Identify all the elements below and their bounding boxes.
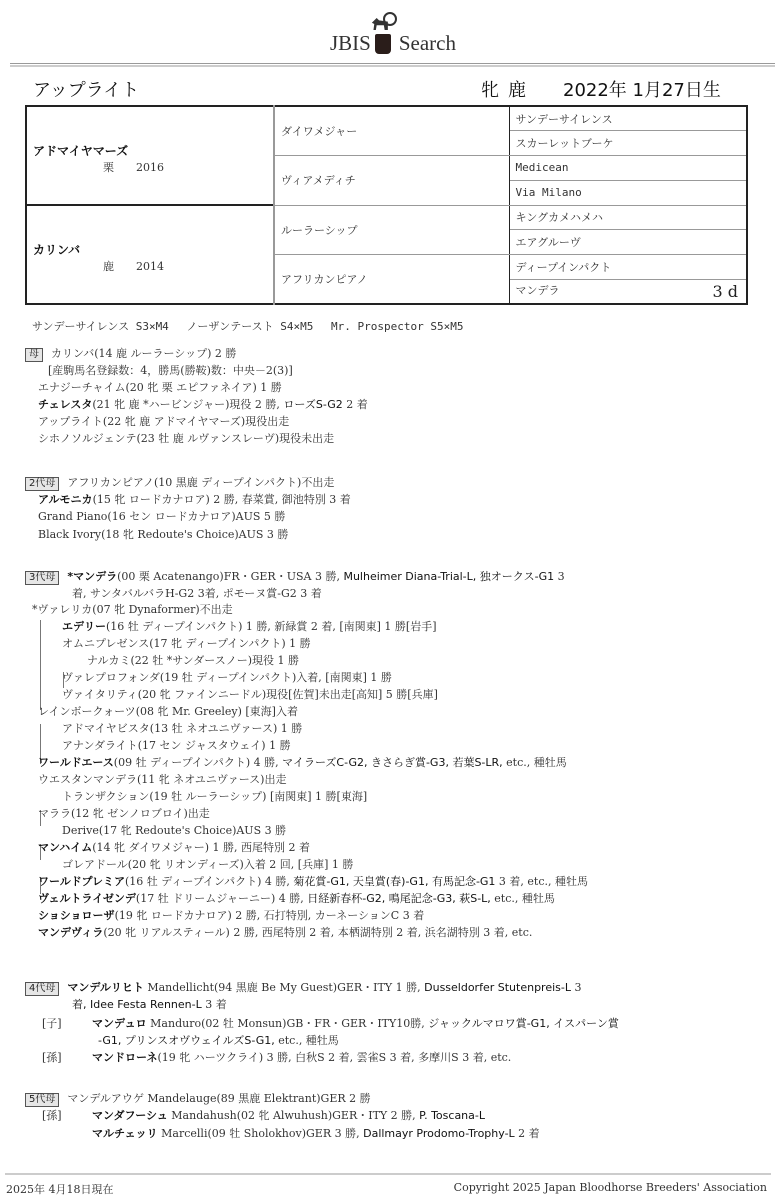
section-tag-gen2: 2代母 [25, 477, 59, 491]
pedigree-table: アドマイヤマーズ 栗2016 ダイワメジャー サンデーサイレンス スカーレットブ… [25, 105, 748, 305]
list-item[interactable]: マンハイム(14 牝 ダイワメジャー) 1 勝, 西尾特別 2 着 [38, 839, 310, 856]
list-item[interactable]: オムニプレゼンス(17 牝 ディープインパクト) 1 勝 [62, 635, 311, 652]
inbreeding-crosses: サンデーサイレンス S3×M4 ノーザンテースト S4×M5 Mr. Prosp… [32, 318, 463, 334]
pedigree-gen3-1[interactable]: サンデーサイレンス [509, 106, 747, 131]
logo-text-search: Search [399, 33, 456, 54]
sire-color: 栗 [103, 161, 114, 174]
tree-connector [40, 620, 41, 710]
list-item[interactable]: ナルカミ(22 牡 *サンダースノー)現役 1 勝 [87, 652, 299, 669]
list-item[interactable]: ショショローザ(19 牝 ロードカナロア) 2 勝, 石打特別, カーネーション… [38, 907, 424, 924]
list-item[interactable]: シホノソルジェンテ(23 牡 鹿 ルヴァンスレーヴ)現役未出走 [38, 430, 334, 447]
horse-coat-color: 鹿 [508, 76, 526, 102]
list-item[interactable]: Grand Piano(16 セン ロードカナロア)AUS 5 勝 [38, 508, 285, 525]
pedigree-gen3-3[interactable]: Medicean [509, 156, 747, 181]
list-item[interactable]: ウエスタンマンデラ(11 牝 ネオユニヴァース)出走 [38, 771, 286, 788]
list-item[interactable]: チェレスタ(21 牝 鹿 *ハービンジャー)現役 2 勝, ローズS-G2 2 … [38, 396, 368, 413]
pedigree-gen3-8[interactable]: マンデラ3 d [509, 279, 747, 304]
list-item[interactable]: [孫]マンドローネ(19 牝 ハーツクライ) 3 勝, 白秋S 2 着, 雲雀S… [42, 1049, 511, 1066]
horse-title-row: アップライト 牝 鹿 2022年 1月27日生 [33, 76, 753, 102]
pedigree-gen3-2[interactable]: スカーレットブーケ [509, 131, 747, 156]
horse-birthdate: 2022年 1月27日生 [563, 76, 721, 102]
list-item[interactable]: [子]マンデュロ Manduro(02 牡 Monsun)GB・FR・GER・I… [42, 1015, 619, 1032]
gen3-header-continued: 着, サンタバルバラH-G2 3着, ポモーヌ賞-G2 3 着 [72, 585, 322, 602]
footer-divider [5, 1173, 771, 1175]
list-item[interactable]: マララ(12 牝 ゼンノロブロイ)出走 [38, 805, 210, 822]
list-item[interactable]: ヴァレプロフォンダ(19 牡 ディープインパクト)入着, [南関東] 1 勝 [62, 669, 392, 686]
horse-name: アップライト [33, 76, 139, 102]
list-item[interactable]: Derive(17 牝 Redoute's Choice)AUS 3 勝 [62, 822, 286, 839]
section-tag-dam: 母 [25, 348, 43, 362]
list-item[interactable]: トランザクション(19 牡 ルーラーシップ) [南関東] 1 勝[東海] [62, 788, 367, 805]
pedigree-sire-sire[interactable]: ダイワメジャー [274, 106, 509, 156]
as-of-date: 2025年 4月18日現在 [6, 1181, 114, 1197]
list-item[interactable]: アナンダライト(17 セン ジャスタウェイ) 1 勝 [62, 737, 291, 754]
gen3-8-name: マンデラ [516, 284, 560, 297]
dam-summary: カリンバ(14 鹿 ルーラーシップ) 2 勝 [51, 347, 236, 360]
gen4-section-header: 4代母マンデルリヒト Mandellicht(94 黒鹿 Be My Guest… [25, 979, 581, 996]
list-item[interactable]: *ヴァレリカ(07 牝 Dynaformer)不出走 [32, 601, 233, 618]
pedigree-gen3-6[interactable]: エアグルーヴ [509, 230, 747, 255]
list-item[interactable]: ワールドエース(09 牡 ディープインパクト) 4 勝, マイラーズC-G2, … [38, 754, 567, 771]
pedigree-sire[interactable]: アドマイヤマーズ 栗2016 [26, 106, 274, 205]
gen5-section-header: 5代母マンデルアウゲ Mandelauge(89 黒鹿 Elektrant)GE… [25, 1090, 371, 1107]
dam-year: 2014 [136, 260, 164, 273]
list-item[interactable]: エデリー(16 牡 ディープインパクト) 1 勝, 新緑賞 2 着, [南関東]… [62, 618, 437, 635]
list-item[interactable]: マンデヴィラ(20 牝 リアルスティール) 2 勝, 西尾特別 2 着, 本栖湖… [38, 924, 532, 941]
gen2-section-header: 2代母アフリカンピアノ(10 黒鹿 ディープインパクト)不出走 [25, 474, 334, 491]
logo-text-jbis: JBIS [330, 33, 371, 54]
section-tag-gen5: 5代母 [25, 1093, 59, 1107]
dam-section-header: 母カリンバ(14 鹿 ルーラーシップ) 2 勝 [25, 345, 236, 362]
copyright: Copyright 2025 Japan Bloodhorse Breeders… [454, 1181, 767, 1194]
sire-year: 2016 [136, 161, 164, 174]
jbis-search-logo[interactable]: JBIS Search [330, 10, 456, 54]
list-item[interactable]: アップライト(22 牝 鹿 アドマイヤマーズ)現役出走 [38, 413, 289, 430]
section-tag-gen3: 3代母 [25, 571, 59, 585]
list-item[interactable]: ヴァイタリティ(20 牝 ファインニードル)現役[佐賀]未出走[高知] 5 勝[… [62, 686, 438, 703]
list-item[interactable]: ヴェルトライゼンデ(17 牡 ドリームジャーニー) 4 勝, 日経新春杯-G2,… [38, 890, 555, 907]
list-item[interactable]: ゴレアドール(20 牝 リオンディーズ)入着 2 回, [兵庫] 1 勝 [62, 856, 353, 873]
list-item[interactable]: Black Ivory(18 牝 Redoute's Choice)AUS 3 … [38, 526, 288, 543]
list-item[interactable]: マルチェッリ Marcelli(09 牡 Sholokhov)GER 3 勝, … [42, 1125, 540, 1142]
dam-name: カリンバ [33, 241, 267, 258]
section-tag-gen4: 4代母 [25, 982, 59, 996]
gen4-header-continued: 着, Idee Festa Rennen-L 3 着 [72, 996, 227, 1013]
sire-name: アドマイヤマーズ [33, 142, 267, 159]
list-item[interactable]: レインボークォーツ(08 牝 Mr. Greeley) [東海]入着 [38, 703, 298, 720]
list-item[interactable]: ワールドプレミア(16 牡 ディープインパクト) 4 勝, 菊花賞-G1, 天皇… [38, 873, 588, 890]
dam-color: 鹿 [103, 260, 114, 273]
header-divider [10, 63, 775, 67]
pedigree-dam-sire[interactable]: ルーラーシップ [274, 205, 509, 255]
pedigree-gen3-4[interactable]: Via Milano [509, 180, 747, 205]
list-item-continued: -G1, プリンスオヴウェイルズS-G1, etc., 種牡馬 [98, 1032, 339, 1049]
pedigree-dam[interactable]: カリンバ 鹿2014 [26, 205, 274, 304]
list-item[interactable]: [孫]マンダフーシュ Mandahush(02 牝 Alwuhush)GER・I… [42, 1107, 485, 1124]
dam-registration-stats: [産駒馬名登録数：4，勝馬(勝鞍)数：中央－2(3)] [48, 362, 293, 379]
list-item[interactable]: アドマイヤビスタ(13 牡 ネオユニヴァース) 1 勝 [62, 720, 302, 737]
horse-sex: 牝 [481, 76, 499, 102]
gen3-section-header: 3代母*マンデラ(00 栗 Acatenango)FR・GER・USA 3 勝,… [25, 568, 565, 585]
family-number: 3 d [712, 282, 738, 301]
pedigree-sire-dam[interactable]: ヴィアメディチ [274, 156, 509, 206]
pedigree-gen3-7[interactable]: ディープインパクト [509, 255, 747, 280]
list-item[interactable]: エナジーチャイム(20 牝 栗 エピファネイア) 1 勝 [38, 379, 282, 396]
list-item[interactable]: アルモニカ(15 牝 ロードカナロア) 2 勝, 春菜賞, 御池特別 3 着 [38, 491, 351, 508]
page-header: JBIS Search [0, 0, 775, 60]
horse-magnifier-icon [372, 10, 398, 54]
pedigree-dam-dam[interactable]: アフリカンピアノ [274, 255, 509, 305]
pedigree-gen3-5[interactable]: キングカメハメハ [509, 205, 747, 230]
